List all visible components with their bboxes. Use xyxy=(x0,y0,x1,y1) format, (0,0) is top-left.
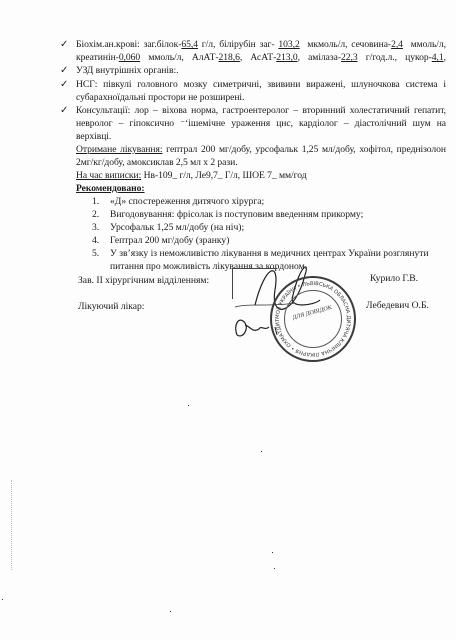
uzd-line: УЗД внутрішніх органів:. xyxy=(76,64,446,77)
sugar-value: 4,1 xyxy=(432,52,444,63)
treatment-line-1: Отримане лікування: гептрал 200 мг/добу,… xyxy=(76,143,446,156)
attending-doctor-label: Лікуючий лікар: xyxy=(78,300,144,313)
head-of-department-label: Зав. ІІ хірургічним відділенням: xyxy=(78,274,209,287)
protein-value: 65,4 xyxy=(181,39,198,50)
list-item: Гептрал 200 мг/добу (зранку) xyxy=(110,234,229,247)
consult-line-3: верхівці. xyxy=(76,130,446,143)
biochem-line-2: креатинін-0,060 ммоль/л, АлАТ-218,6, АсА… xyxy=(76,51,446,64)
document-page: ✓ Біохім.ан.крові: заг.білок-65,4 г/л, б… xyxy=(0,0,456,640)
head-of-department-name: Курило Г.В. xyxy=(370,272,418,285)
discharge-label: На час виписки: xyxy=(76,170,141,181)
ast-value: 213,0 xyxy=(276,52,297,63)
list-number: 5. xyxy=(92,247,99,260)
list-item: «Д» спостереження дитячого хірурга; xyxy=(110,195,264,208)
discharge-line: На час виписки: Нв-109_ г/л, Ле9,7_ Г/л,… xyxy=(76,169,446,182)
list-number: 3. xyxy=(92,221,99,234)
attending-doctor-name: Лебедевич О.Б. xyxy=(366,299,429,312)
list-item: Урсофальк 1,25 мл/добу (на ніч); xyxy=(110,221,244,234)
urea-value: 2,4 xyxy=(391,39,403,50)
scan-edge xyxy=(11,480,13,570)
creatinine-value: 0,060 xyxy=(119,52,140,63)
consult-line-1: Консультації: лор – віхова норма, гастро… xyxy=(76,104,446,117)
list-number: 1. xyxy=(92,195,99,208)
round-stamp: МОЗ УКРАЇНИ • ЛЬВІВСЬКА ОБЛАСНА ДИТЯЧА К… xyxy=(270,276,356,362)
consult-line-2: невролог – гіпоксично ⁻‘ішемічне ураженн… xyxy=(76,117,446,130)
alt-value: 218,6 xyxy=(219,52,240,63)
checkmark-icon: ✓ xyxy=(60,38,68,51)
treatment-label: Отримане лікування: xyxy=(76,144,162,155)
nsg-line-1: НСГ: півкулі головного мозку симетричні,… xyxy=(76,78,446,91)
checkmark-icon: ✓ xyxy=(60,64,68,77)
list-number: 2. xyxy=(92,208,99,221)
checkmark-icon: ✓ xyxy=(60,104,68,117)
list-item: Вигодовування: фрісолак із поступовим вв… xyxy=(110,208,363,221)
amylase-value: 22,3 xyxy=(341,52,358,63)
list-number: 4. xyxy=(92,234,99,247)
recommended-heading: Рекомендовано: xyxy=(76,182,446,195)
nsg-line-2: субарахноїдальні простори не розширені. xyxy=(76,91,446,104)
checkmark-icon: ✓ xyxy=(60,78,68,91)
bilirubin-value: 103,2 xyxy=(278,39,299,50)
biochem-line-1: Біохім.ан.крові: заг.білок-65,4 г/л, біл… xyxy=(76,38,446,51)
treatment-line-2: 2мг/кг/добу, амоксиклав 2,5 мл х 2 рази. xyxy=(76,156,446,169)
